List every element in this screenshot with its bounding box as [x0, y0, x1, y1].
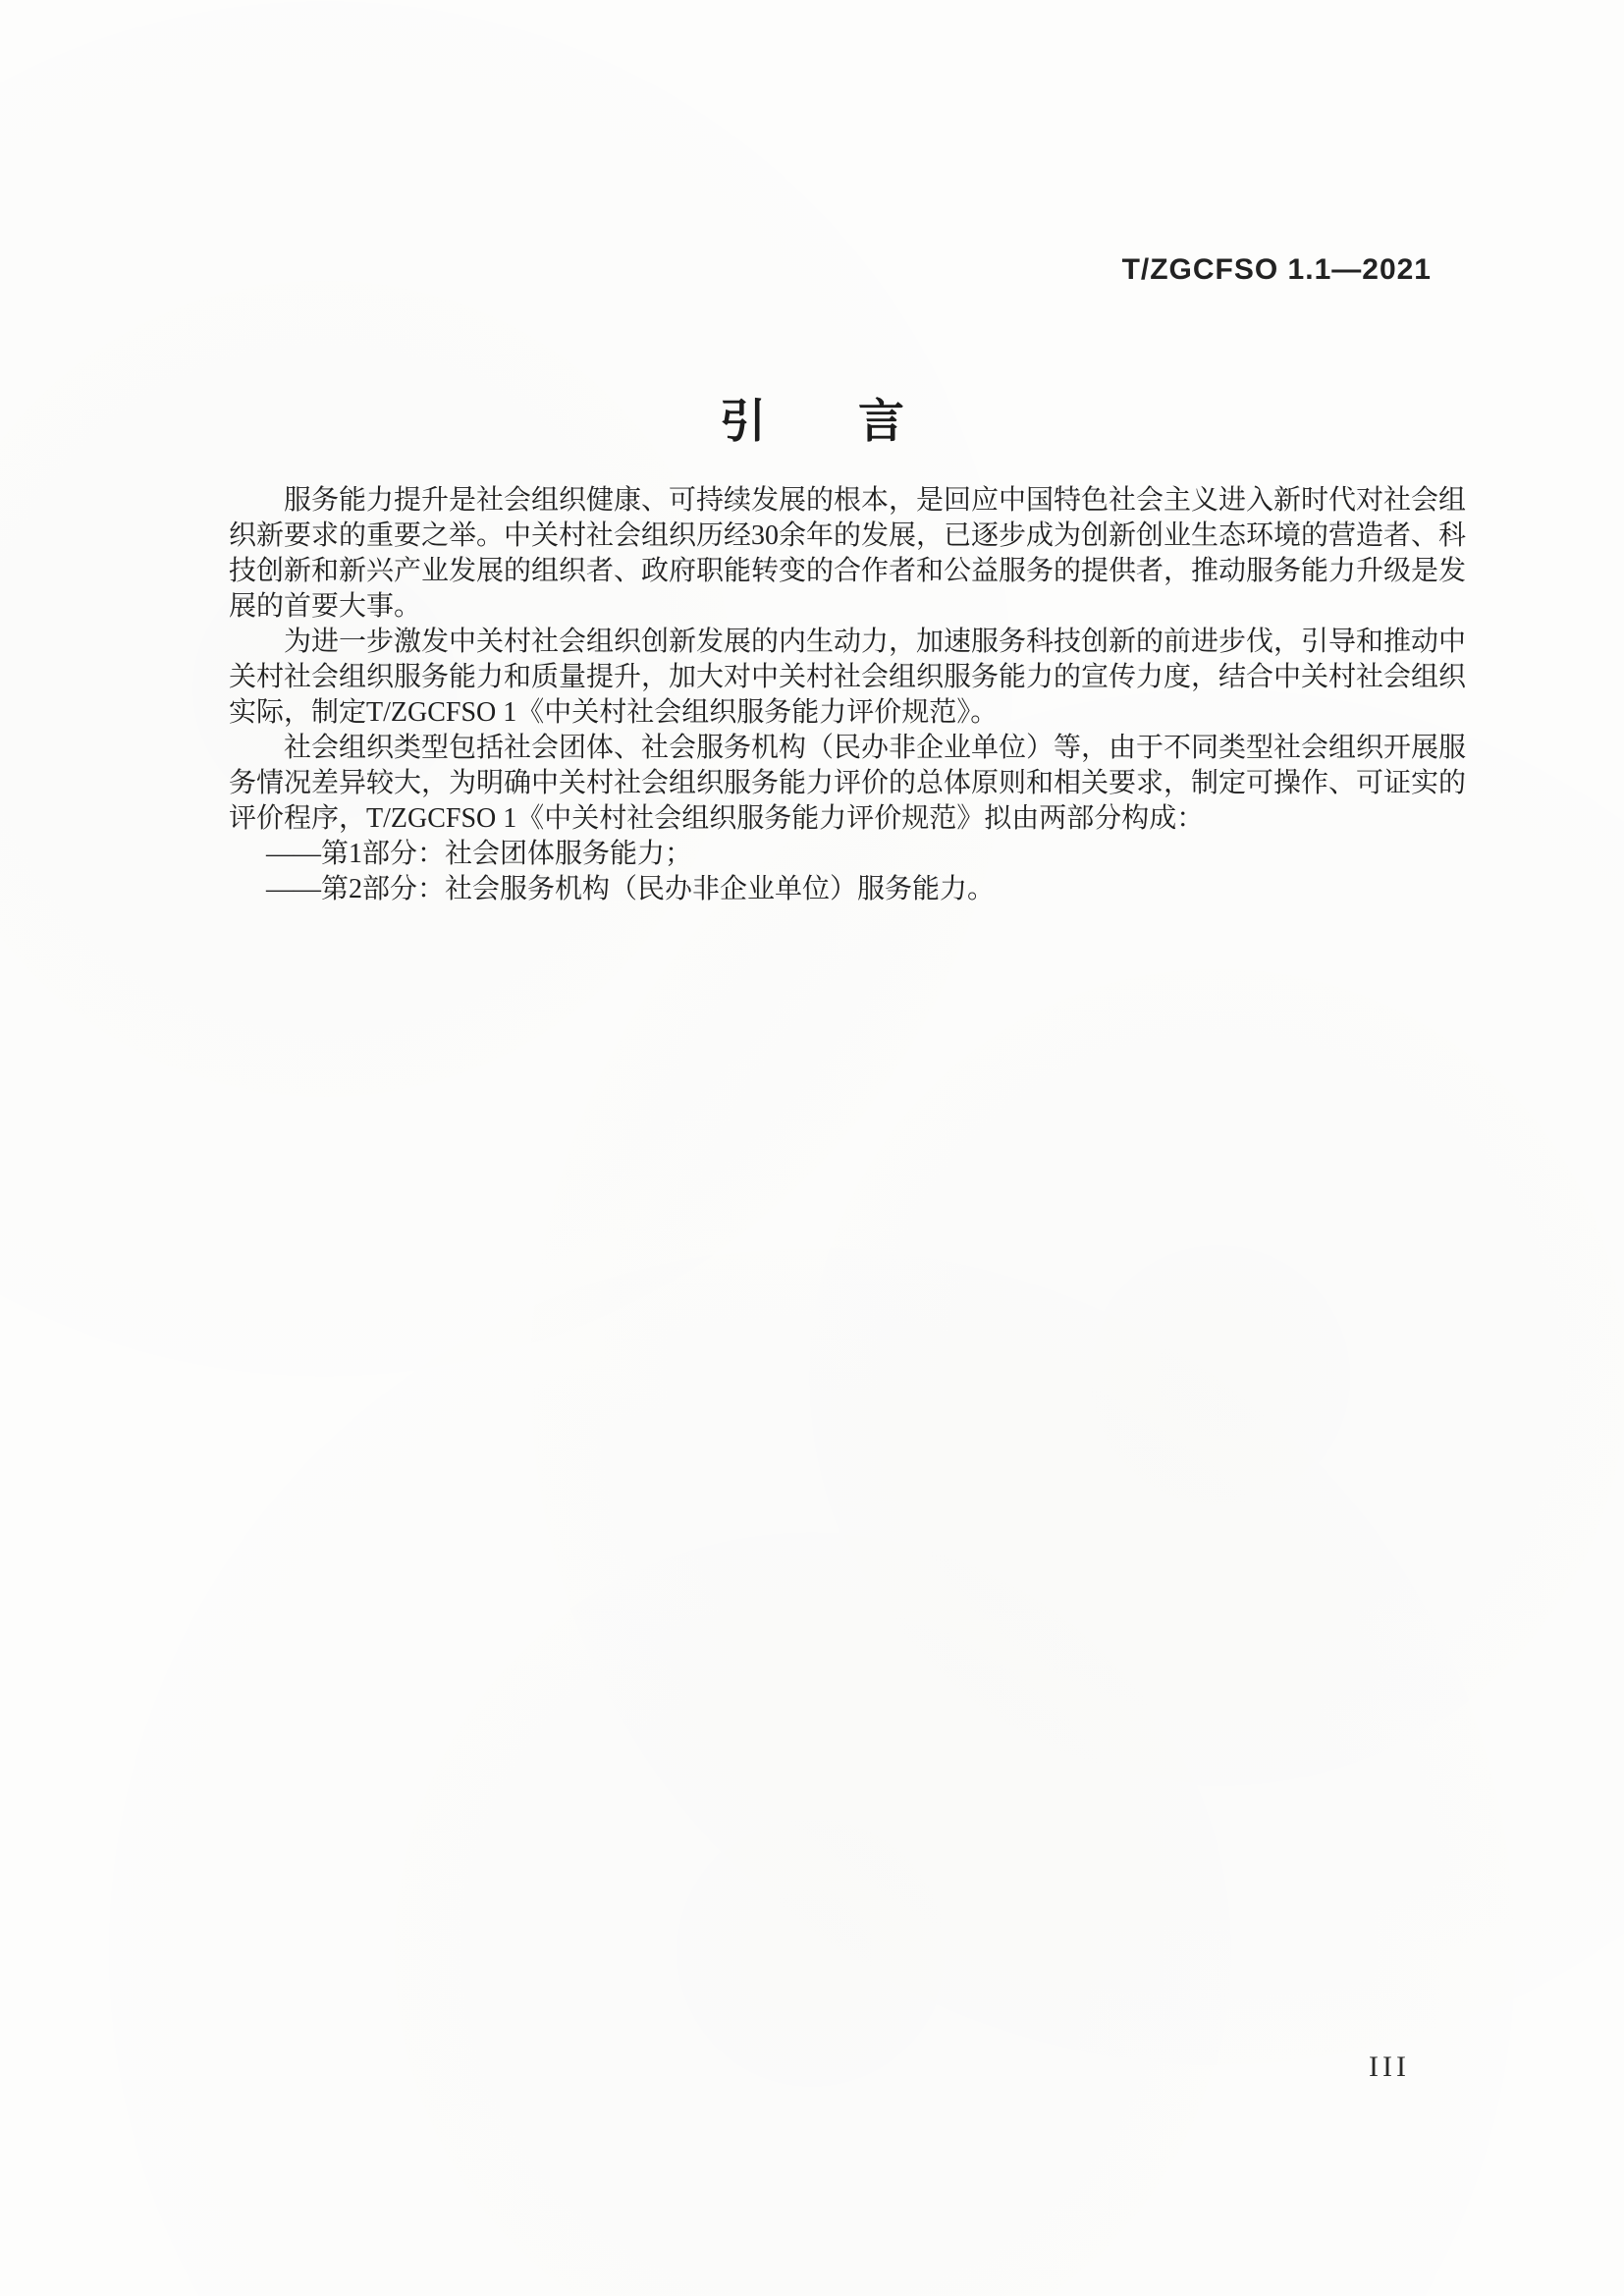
foreword-list-item: ——第1部分：社会团体服务能力；	[229, 837, 1466, 872]
foreword-paragraph: 社会组织类型包括社会团体、社会服务机构（民办非企业单位）等，由于不同类型社会组织…	[229, 731, 1466, 837]
document-page: T/ZGCFSO 1.1—2021 引 言 服务能力提升是社会组织健康、可持续发…	[0, 0, 1624, 2296]
doc-number: T/ZGCFSO 1.1—2021	[1122, 253, 1432, 287]
foreword-paragraph: 为进一步激发中关村社会组织创新发展的内生动力，加速服务科技创新的前进步伐，引导和…	[229, 625, 1466, 731]
foreword-paragraph: 服务能力提升是社会组织健康、可持续发展的根本，是回应中国特色社会主义进入新时代对…	[229, 483, 1466, 625]
page-number: III	[1369, 2050, 1410, 2084]
foreword-list-item: ——第2部分：社会服务机构（民办非企业单位）服务能力。	[229, 872, 1466, 907]
foreword-body: 服务能力提升是社会组织健康、可持续发展的根本，是回应中国特色社会主义进入新时代对…	[229, 483, 1466, 907]
page-title: 引 言	[0, 385, 1624, 451]
